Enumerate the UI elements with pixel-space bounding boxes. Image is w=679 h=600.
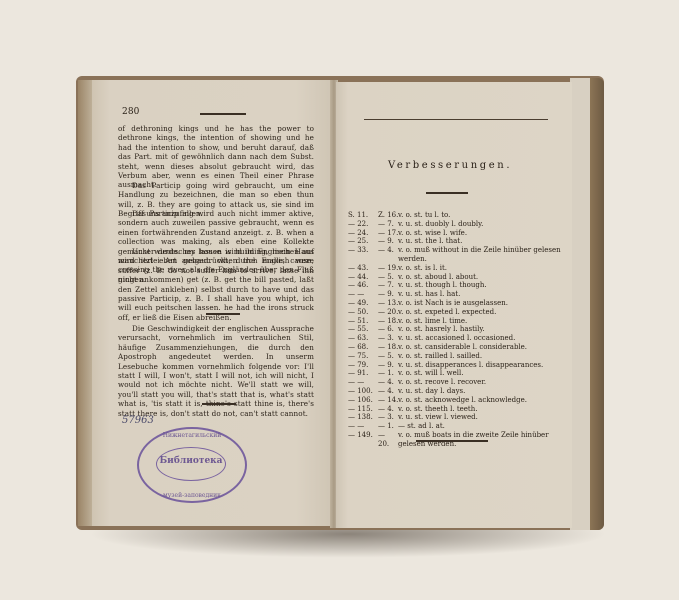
page-number: 280 — [122, 108, 139, 117]
errata-row: S. 11.Z. 16.v. o. st. tu l. to. — [348, 211, 568, 220]
errata-page: — 68. — [348, 343, 378, 352]
errata-line: — 3. — [378, 334, 398, 343]
errata-line: — 13. — [378, 299, 398, 308]
errata-list: S. 11.Z. 16.v. o. st. tu l. to. — 22.— 7… — [348, 211, 568, 449]
errata-line: — 9. — [378, 361, 398, 370]
errata-page: — 91. — [348, 369, 378, 378]
errata-text: v. o. st. recove l. recover. — [398, 378, 568, 387]
errata-row: — 68.— 18.v. o. st. cansiderable l. cons… — [348, 343, 568, 352]
errata-line: — 5. — [378, 273, 398, 282]
errata-line: — 20. — [378, 431, 398, 449]
errata-text: v. o. st. tu l. to. — [398, 211, 568, 220]
end-rule — [202, 403, 236, 405]
errata-line: — 6. — [378, 325, 398, 334]
stamp-top-text: Нижнетагильский — [139, 432, 245, 439]
errata-row: — 100.— 4.v. u. st. day l. days. — [348, 387, 568, 396]
errata-text: v. u. st. the l. that. — [398, 237, 568, 246]
errata-row: — 50.— 20.v. o. st. expeted l. expected. — [348, 308, 568, 317]
errata-page: — — — [348, 290, 378, 299]
stamp-main-text: Библиотека — [157, 456, 225, 466]
errata-line: Z. 16. — [378, 211, 398, 220]
errata-row: — 46.— 7.v. u. st. though l. though. — [348, 281, 568, 290]
left-paragraph-4: Unser deutsches lassen wird im Englische… — [118, 247, 314, 322]
errata-line: — 18. — [378, 343, 398, 352]
errata-row: — 22.— 7.v. u. st. duobly l. doubly. — [348, 220, 568, 229]
errata-text: v. o. ist Nach is ie ausgelassen. — [398, 299, 568, 308]
errata-page: — 138. — [348, 413, 378, 422]
errata-row: — 43.— 19.v. o. st. is l. it. — [348, 264, 568, 273]
errata-end-rule — [416, 440, 488, 442]
stamp-inner-oval: Библиотека — [156, 447, 226, 481]
errata-text: — st. ad l. at. — [398, 422, 568, 431]
errata-page: — 51. — [348, 317, 378, 326]
errata-row: — 24.— 17.v. o. st. wise l. wife. — [348, 229, 568, 238]
errata-text: v. o. st. aboud l. about. — [398, 273, 568, 282]
right-header-rule — [364, 119, 548, 120]
errata-line: — 7. — [378, 281, 398, 290]
errata-text: v. o. st. is l. it. — [398, 264, 568, 273]
errata-line: — 4. — [378, 246, 398, 264]
errata-row: — 44.— 5.v. o. st. aboud l. about. — [348, 273, 568, 282]
errata-page: — 106. — [348, 396, 378, 405]
errata-row: — 79.— 9.v. u. st. disapperances l. disa… — [348, 361, 568, 370]
errata-page: — 149. — [348, 431, 378, 449]
left-paragraph-1: of dethroning kings und he has the power… — [118, 124, 314, 190]
errata-text: v. o. muß without in die Zeile hinüber g… — [398, 246, 568, 264]
errata-text: v. o. st. hasrely l. hastily. — [398, 325, 568, 334]
errata-page: — 24. — [348, 229, 378, 238]
errata-row: — 75.— 5.v. o. st. railled l. sailled. — [348, 352, 568, 361]
errata-page: — 75. — [348, 352, 378, 361]
errata-page: — 63. — [348, 334, 378, 343]
errata-text: v. o. st. will l. well. — [398, 369, 568, 378]
errata-page: — 79. — [348, 361, 378, 370]
title-rule — [426, 192, 468, 194]
errata-text: v. u. st. day l. days. — [398, 387, 568, 396]
errata-line: — 18. — [378, 317, 398, 326]
errata-text: v. o. st. railled l. sailled. — [398, 352, 568, 361]
errata-row: — 33.— 4.v. o. muß without in die Zeile … — [348, 246, 568, 264]
errata-text: v. o. st. wise l. wife. — [398, 229, 568, 238]
errata-title: Verbesserungen. — [388, 160, 512, 171]
errata-text: v. u. st. duobly l. doubly. — [398, 220, 568, 229]
errata-row: — —— 9.v. u. st. has l. hat. — [348, 290, 568, 299]
errata-row: — —— 4.v. o. st. recove l. recover. — [348, 378, 568, 387]
errata-text: v. o. st. theeth l. teeth. — [398, 405, 568, 414]
errata-page: — 22. — [348, 220, 378, 229]
errata-line: — 7. — [378, 220, 398, 229]
errata-line: — 20. — [378, 308, 398, 317]
errata-row: — 51.— 18.v. o. st. lime l. time. — [348, 317, 568, 326]
errata-line: — 4. — [378, 378, 398, 387]
stamp-bottom-text: музей-заповедник — [139, 492, 245, 499]
errata-row: — 55.— 6.v. o. st. hasrely l. hastily. — [348, 325, 568, 334]
errata-page: — 50. — [348, 308, 378, 317]
errata-row: — 25.— 9.v. u. st. the l. that. — [348, 237, 568, 246]
errata-page: — 33. — [348, 246, 378, 264]
errata-row: — 91.— 1.v. o. st. will l. well. — [348, 369, 568, 378]
errata-line: — 14. — [378, 396, 398, 405]
errata-page: S. 11. — [348, 211, 378, 220]
errata-line: — 5. — [378, 352, 398, 361]
section-rule — [206, 313, 240, 315]
errata-text: v. u. st. disapperances l. disappearance… — [398, 361, 568, 370]
errata-row: — 115.— 4.v. o. st. theeth l. teeth. — [348, 405, 568, 414]
errata-line: — 17. — [378, 229, 398, 238]
errata-row: — 106.— 14.v. o. st. acknowedge l. ackno… — [348, 396, 568, 405]
errata-row: — 138.— 3.v. u. st. view l. viewed. — [348, 413, 568, 422]
errata-line: — 9. — [378, 237, 398, 246]
errata-text: v. u. st. though l. though. — [398, 281, 568, 290]
errata-page: — 25. — [348, 237, 378, 246]
errata-text: v. o. st. expeted l. expected. — [398, 308, 568, 317]
errata-line: — 4. — [378, 387, 398, 396]
errata-line: — 1. — [378, 422, 398, 431]
errata-text: v. o. st. cansiderable l. considerable. — [398, 343, 568, 352]
errata-text: v. o. st. acknowedge l. acknowledge. — [398, 396, 568, 405]
errata-row: — —— 1.— st. ad l. at. — [348, 422, 568, 431]
errata-page: — 44. — [348, 273, 378, 282]
errata-page: — 115. — [348, 405, 378, 414]
errata-text: v. u. st. accasioned l. occasioned. — [398, 334, 568, 343]
errata-page: — 55. — [348, 325, 378, 334]
errata-line: — 4. — [378, 405, 398, 414]
errata-line: — 1. — [378, 369, 398, 378]
errata-line: — 9. — [378, 290, 398, 299]
header-rule — [200, 113, 246, 115]
errata-text: v. u. st. view l. viewed. — [398, 413, 568, 422]
errata-text: v. u. st. has l. hat. — [398, 290, 568, 299]
library-stamp: Нижнетагильский Библиотека музей-заповед… — [137, 427, 247, 503]
catalog-number: 57963 — [122, 415, 154, 426]
errata-page: — — — [348, 378, 378, 387]
errata-page: — 49. — [348, 299, 378, 308]
errata-line: — 19. — [378, 264, 398, 273]
errata-text: v. o. st. lime l. time. — [398, 317, 568, 326]
errata-page: — 100. — [348, 387, 378, 396]
errata-page: — — — [348, 422, 378, 431]
errata-row: — 49.— 13.v. o. ist Nach is ie ausgelass… — [348, 299, 568, 308]
errata-line: — 3. — [378, 413, 398, 422]
errata-page: — 43. — [348, 264, 378, 273]
errata-page: — 46. — [348, 281, 378, 290]
book-right-edge — [570, 78, 604, 530]
errata-row: — 63.— 3.v. u. st. accasioned l. occasio… — [348, 334, 568, 343]
